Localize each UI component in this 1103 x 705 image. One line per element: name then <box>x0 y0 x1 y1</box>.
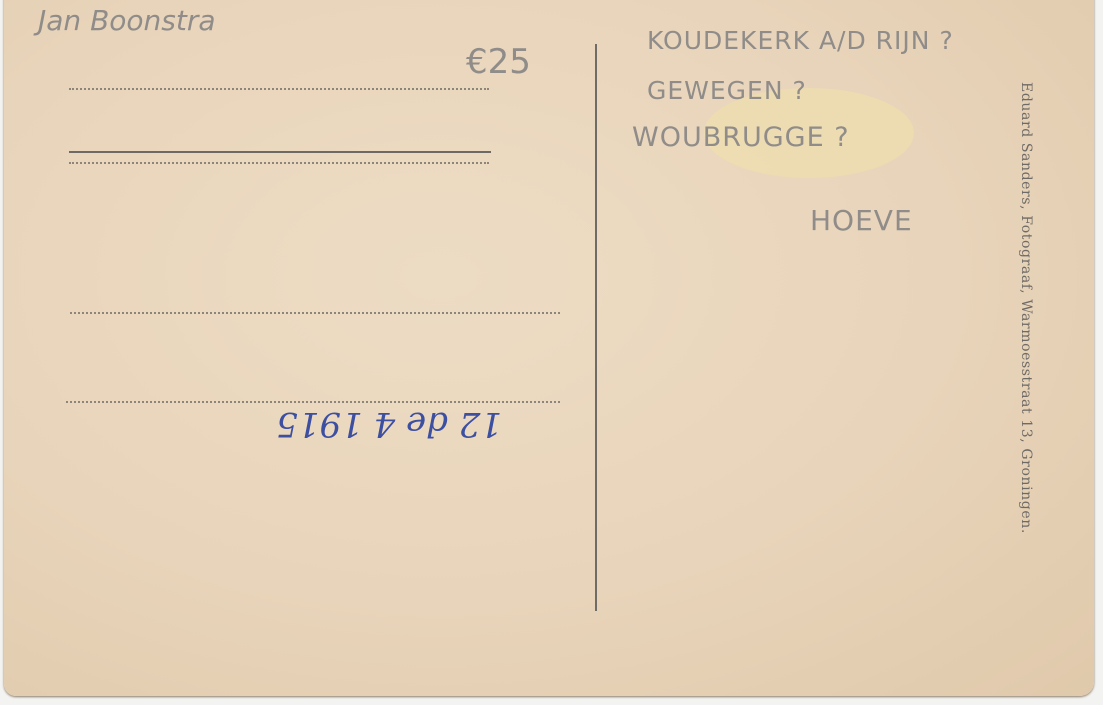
ink-handwriting: 12 de 4 1915 <box>202 404 502 444</box>
pencil-name: Jan Boonstra <box>38 4 216 37</box>
pencil-location-3: WOUBRUGGE ? <box>632 122 850 153</box>
printer-imprint: Eduard Sanders, Fotograaf, Warmoesstraat… <box>1018 82 1034 534</box>
postcard-back: Jan Boonstra €25 12 de 4 1915 KOUDEKERK … <box>4 0 1094 696</box>
address-line-1 <box>69 88 489 90</box>
pencil-subject: HOEVE <box>810 204 913 237</box>
address-line-5 <box>66 401 560 403</box>
pencil-location-2: GEWEGEN ? <box>647 76 807 105</box>
pencil-location-1: KOUDEKERK A/D RIJN ? <box>647 26 954 55</box>
address-line-3 <box>69 162 489 164</box>
address-line-2 <box>69 151 491 153</box>
address-line-4 <box>70 312 560 314</box>
pencil-price: €25 <box>466 42 531 82</box>
divider-line <box>595 44 597 611</box>
